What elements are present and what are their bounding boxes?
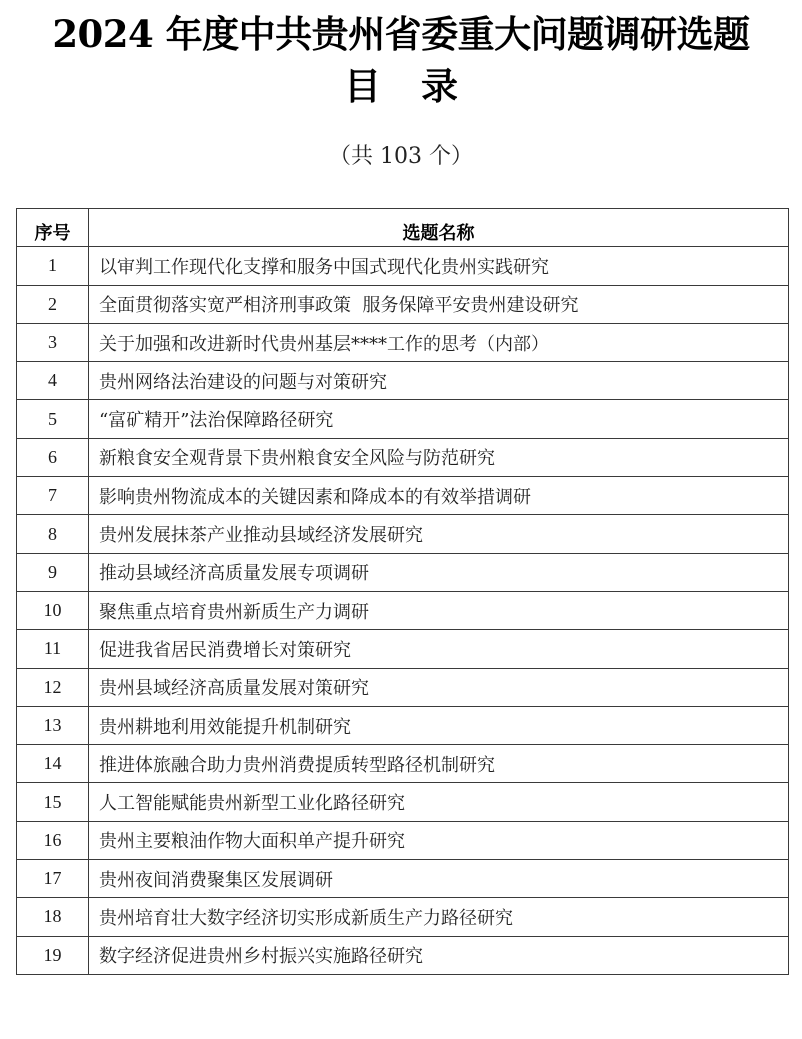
document-title: 2024 年度中共贵州省委重大问题调研选题 — [0, 10, 802, 58]
table-row: 13贵州耕地利用效能提升机制研究 — [17, 706, 789, 744]
row-number: 13 — [17, 706, 89, 744]
row-number: 11 — [17, 630, 89, 668]
row-topic: 聚焦重点培育贵州新质生产力调研 — [89, 591, 789, 629]
table-row: 6新粮食安全观背景下贵州粮食安全风险与防范研究 — [17, 438, 789, 476]
row-number: 1 — [17, 247, 89, 285]
row-number: 10 — [17, 591, 89, 629]
row-number: 12 — [17, 668, 89, 706]
row-topic: 影响贵州物流成本的关键因素和降成本的有效举措调研 — [89, 477, 789, 515]
row-topic: 促进我省居民消费增长对策研究 — [89, 630, 789, 668]
row-topic: 贵州县域经济高质量发展对策研究 — [89, 668, 789, 706]
row-topic: 人工智能赋能贵州新型工业化路径研究 — [89, 783, 789, 821]
document-subtitle-contents: 目录 — [0, 62, 802, 110]
row-number: 17 — [17, 860, 89, 898]
row-number: 5 — [17, 400, 89, 438]
table-header-row: 序号 选题名称 — [17, 209, 789, 247]
table-row: 17贵州夜间消费聚集区发展调研 — [17, 860, 789, 898]
row-number: 7 — [17, 477, 89, 515]
row-number: 14 — [17, 745, 89, 783]
table-row: 8贵州发展抹茶产业推动县域经济发展研究 — [17, 515, 789, 553]
table-row: 11促进我省居民消费增长对策研究 — [17, 630, 789, 668]
row-topic: 关于加强和改进新时代贵州基层****工作的思考（内部） — [89, 323, 789, 361]
table-row: 15人工智能赋能贵州新型工业化路径研究 — [17, 783, 789, 821]
table-row: 12贵州县域经济高质量发展对策研究 — [17, 668, 789, 706]
table-row: 18贵州培育壮大数字经济切实形成新质生产力路径研究 — [17, 898, 789, 936]
table-row: 1以审判工作现代化支撑和服务中国式现代化贵州实践研究 — [17, 247, 789, 285]
row-topic: 以审判工作现代化支撑和服务中国式现代化贵州实践研究 — [89, 247, 789, 285]
row-topic: 推动县域经济高质量发展专项调研 — [89, 553, 789, 591]
item-count: （共 103 个） — [0, 140, 802, 174]
table-row: 16贵州主要粮油作物大面积单产提升研究 — [17, 821, 789, 859]
row-number: 6 — [17, 438, 89, 476]
row-topic: 推进体旅融合助力贵州消费提质转型路径机制研究 — [89, 745, 789, 783]
row-topic: 贵州发展抹茶产业推动县域经济发展研究 — [89, 515, 789, 553]
row-number: 4 — [17, 362, 89, 400]
contents-char-1: 目 — [344, 64, 381, 108]
row-number: 8 — [17, 515, 89, 553]
table-row: 19数字经济促进贵州乡村振兴实施路径研究 — [17, 936, 789, 974]
row-number: 15 — [17, 783, 89, 821]
table-row: 7影响贵州物流成本的关键因素和降成本的有效举措调研 — [17, 477, 789, 515]
row-number: 18 — [17, 898, 89, 936]
row-topic: 贵州培育壮大数字经济切实形成新质生产力路径研究 — [89, 898, 789, 936]
table-row: 9推动县域经济高质量发展专项调研 — [17, 553, 789, 591]
row-number: 2 — [17, 285, 89, 323]
topics-table: 序号 选题名称 1以审判工作现代化支撑和服务中国式现代化贵州实践研究 2全面贯彻… — [16, 208, 789, 975]
table-row: 10聚焦重点培育贵州新质生产力调研 — [17, 591, 789, 629]
row-topic: “富矿精开”法治保障路径研究 — [89, 400, 789, 438]
row-number: 16 — [17, 821, 89, 859]
row-topic: 全面贯彻落实宽严相济刑事政策 服务保障平安贵州建设研究 — [89, 285, 789, 323]
table-row: 2全面贯彻落实宽严相济刑事政策 服务保障平安贵州建设研究 — [17, 285, 789, 323]
table-row: 4贵州网络法治建设的问题与对策研究 — [17, 362, 789, 400]
row-number: 19 — [17, 936, 89, 974]
row-topic: 贵州夜间消费聚集区发展调研 — [89, 860, 789, 898]
row-topic: 新粮食安全观背景下贵州粮食安全风险与防范研究 — [89, 438, 789, 476]
header-name: 选题名称 — [89, 209, 789, 247]
row-number: 3 — [17, 323, 89, 361]
row-topic: 贵州耕地利用效能提升机制研究 — [89, 706, 789, 744]
header-number: 序号 — [17, 209, 89, 247]
table-row: 3关于加强和改进新时代贵州基层****工作的思考（内部） — [17, 323, 789, 361]
table-row: 14推进体旅融合助力贵州消费提质转型路径机制研究 — [17, 745, 789, 783]
row-topic: 数字经济促进贵州乡村振兴实施路径研究 — [89, 936, 789, 974]
table-row: 5“富矿精开”法治保障路径研究 — [17, 400, 789, 438]
row-number: 9 — [17, 553, 89, 591]
contents-char-2: 录 — [421, 64, 458, 108]
row-topic: 贵州主要粮油作物大面积单产提升研究 — [89, 821, 789, 859]
row-topic: 贵州网络法治建设的问题与对策研究 — [89, 362, 789, 400]
